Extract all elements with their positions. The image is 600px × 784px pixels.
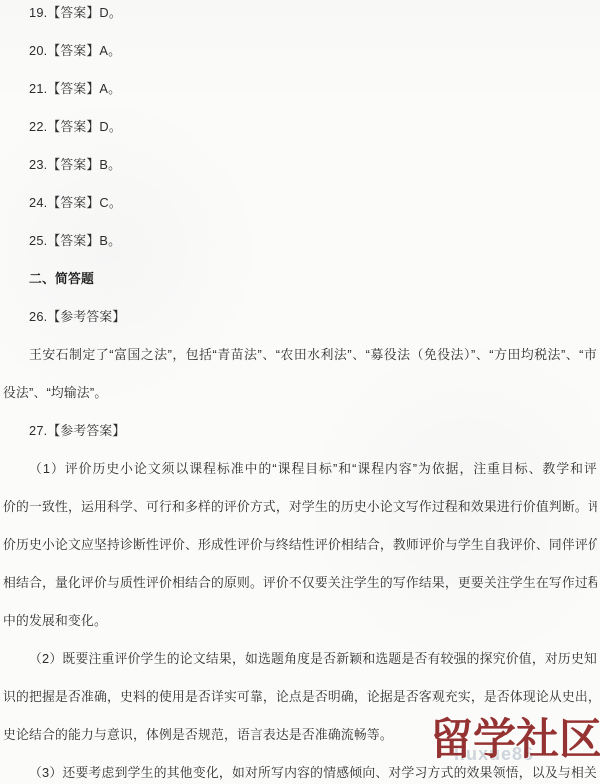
answer-line-23: 23.【答案】B。 — [3, 146, 597, 184]
q27-paragraph1-line: 价历史小论文应坚持诊断性评价、形成性评价与终结性评价相结合，教师评价与学生自我评… — [3, 526, 597, 564]
q27-paragraph1-line: （1）评价历史小论文须以课程标准中的“课程目标”和“课程内容”为依据，注重目标、… — [3, 450, 597, 488]
answer-line-24: 24.【答案】C。 — [3, 184, 597, 222]
answer-line-20: 20.【答案】A。 — [3, 32, 597, 70]
answer-line-21: 21.【答案】A。 — [3, 70, 597, 108]
q27-paragraph1-line: 中的发展和变化。 — [3, 602, 597, 640]
document-page: 19.【答案】D。 20.【答案】A。 21.【答案】A。 22.【答案】D。 … — [0, 0, 600, 784]
answer-line-25: 25.【答案】B。 — [3, 222, 597, 260]
answer-line-22: 22.【答案】D。 — [3, 108, 597, 146]
q26-answer-line: 王安石制定了“富国之法”，包括“青苗法”、“农田水利法”、“募役法（免役法）”、… — [3, 336, 597, 374]
watermark-logo-text: 留学社区 — [430, 706, 600, 767]
section-heading: 二、简答题 — [3, 260, 597, 298]
answer-line-19: 19.【答案】D。 — [3, 0, 597, 32]
q26-answer-line: 役法”、“均输法”。 — [3, 374, 597, 412]
q27-paragraph2-line: （2）既要注重评价学生的论文结果，如选题角度是否新颖和选题是否有较强的探究价值，… — [3, 640, 597, 678]
q26-label: 26.【参考答案】 — [3, 298, 597, 336]
q27-label: 27.【参考答案】 — [3, 412, 597, 450]
q27-paragraph1-line: 价的一致性，运用科学、可行和多样的评价方式，对学生的历史小论文写作过程和效果进行… — [3, 488, 597, 526]
q27-paragraph1-line: 相结合，量化评价与质性评价相结合的原则。评价不仅要关注学生的写作结果，更要关注学… — [3, 564, 597, 602]
watermark: liuxue86 留学社区 — [430, 706, 600, 778]
